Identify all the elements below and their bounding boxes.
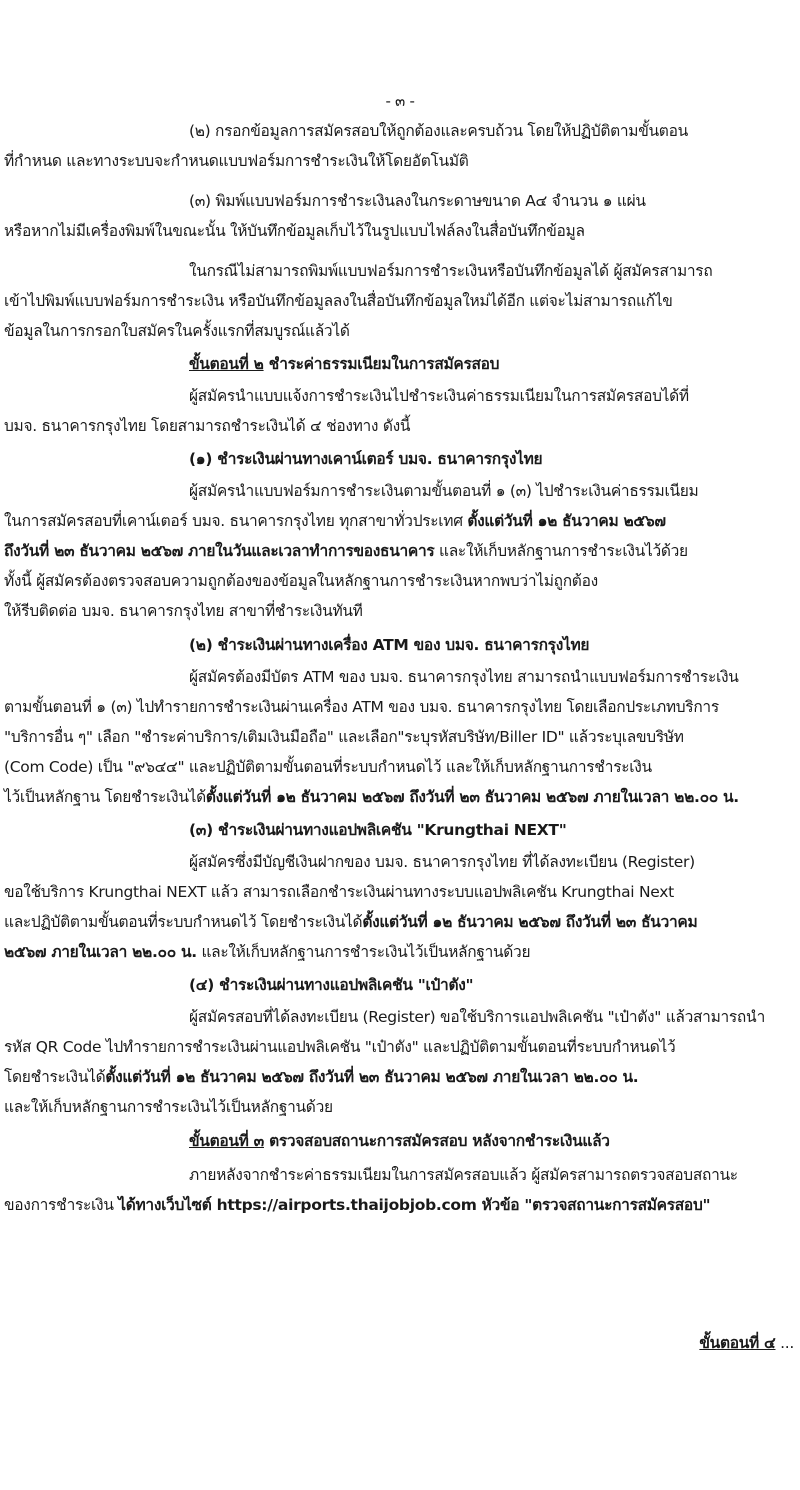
bold-text: (๑) ชำระเงินผ่านทางเคาน์เตอร์ บมจ. ธนาคา… — [189, 450, 542, 468]
text: (๒) กรอกข้อมูลการสมัครสอบให้ถูกต้องและคร… — [189, 122, 688, 140]
text-line: ภายหลังจากชำระค่าธรรมเนียมในการสมัครสอบแ… — [0, 1160, 800, 1190]
text-line: ผู้สมัครสอบที่ได้ลงทะเบียน (Register) ขอ… — [0, 1002, 800, 1032]
bold-text: ถึงวันที่ ๒๓ ธันวาคม ๒๕๖๗ ภายในวันและเวล… — [4, 542, 434, 560]
text: โดยชำระเงินได้ — [4, 1068, 105, 1086]
text-line: (๓) ชำระเงินผ่านทางแอปพลิเคชัน "Krungtha… — [0, 815, 800, 845]
text-line: เข้าไปพิมพ์แบบฟอร์มการชำระเงิน หรือบันทึ… — [0, 286, 800, 316]
text: และปฏิบัติตามขั้นตอนที่ระบบกำหนดไว้ โดยช… — [4, 913, 362, 931]
bold-text: (๒) ชำระเงินผ่านทางเครื่อง ATM ของ บมจ. … — [189, 636, 589, 654]
text-line: ข้อมูลในการกรอกใบสมัครในครั้งแรกที่สมบูร… — [0, 316, 800, 346]
bold-text: ได้ทางเว็บไซต์ https://airports.thaijobj… — [118, 1196, 710, 1214]
text: ไว้เป็นหลักฐาน โดยชำระเงินได้ — [4, 788, 206, 806]
section-heading-label: ขั้นตอนที่ ๒ — [189, 355, 264, 373]
text: หรือหากไม่มีเครื่องพิมพ์ในขณะนั้น ให้บัน… — [4, 222, 585, 240]
bold-text: ตั้งแต่วันที่ ๑๒ ธันวาคม ๒๕๖๗ ถึงวันที่ … — [362, 913, 697, 931]
page-number: - ๓ - — [0, 86, 800, 116]
text: "บริการอื่น ๆ" เลือก "ชำระค่าบริการ/เติม… — [4, 728, 684, 746]
next-step-label: ขั้นตอนที่ ๔ — [699, 1334, 775, 1352]
text-line: ให้รีบติดต่อ บมจ. ธนาคารกรุงไทย สาขาที่ช… — [0, 596, 800, 626]
text: ผู้สมัครนำแบบฟอร์มการชำระเงินตามขั้นตอนท… — [189, 482, 698, 500]
text-line: ตามขั้นตอนที่ ๑ (๓) ไปทำรายการชำระเงินผ่… — [0, 692, 800, 722]
text-line: ผู้สมัครนำแบบฟอร์มการชำระเงินตามขั้นตอนท… — [0, 476, 800, 506]
text: บมจ. ธนาคารกรุงไทย โดยสามารถชำระเงินได้ … — [4, 417, 410, 435]
text-line: (๔) ชำระเงินผ่านทางแอปพลิเคชัน "เป๋าตัง" — [0, 970, 800, 1000]
text-line: (๓) พิมพ์แบบฟอร์มการชำระเงินลงในกระดาษขน… — [0, 186, 800, 216]
text-line: ไว้เป็นหลักฐาน โดยชำระเงินได้ตั้งแต่วันท… — [0, 782, 800, 812]
text: และให้เก็บหลักฐานการชำระเงินไว้เป็นหลักฐ… — [4, 1098, 333, 1116]
section-heading-label: ขั้นตอนที่ ๓ — [189, 1132, 264, 1150]
text: ผู้สมัครสอบที่ได้ลงทะเบียน (Register) ขอ… — [189, 1008, 765, 1026]
text-line: ในกรณีไม่สามารถพิมพ์แบบฟอร์มการชำระเงินห… — [0, 256, 800, 286]
bold-text: ตั้งแต่วันที่ ๑๒ ธันวาคม ๒๕๖๗ ถึงวันที่ … — [206, 788, 739, 806]
text: ในกรณีไม่สามารถพิมพ์แบบฟอร์มการชำระเงินห… — [189, 262, 712, 280]
text-line: ผู้สมัครนำแบบแจ้งการชำระเงินไปชำระเงินค่… — [0, 381, 800, 411]
text-line: ขั้นตอนที่ ๓ ตรวจสอบสถานะการสมัครสอบ หลั… — [0, 1126, 800, 1156]
text-line: ขอใช้บริการ Krungthai NEXT แล้ว สามารถเล… — [0, 877, 800, 907]
bold-text: ชำระค่าธรรมเนียมในการสมัครสอบ — [264, 355, 500, 373]
text: ให้รีบติดต่อ บมจ. ธนาคารกรุงไทย สาขาที่ช… — [4, 602, 363, 620]
text: ข้อมูลในการกรอกใบสมัครในครั้งแรกที่สมบูร… — [4, 322, 350, 340]
text: ของการชำระเงิน — [4, 1196, 118, 1214]
text-line: ของการชำระเงิน ได้ทางเว็บไซต์ https://ai… — [0, 1190, 800, 1220]
text: ในการสมัครสอบที่เคาน์เตอร์ บมจ. ธนาคารกร… — [4, 512, 467, 530]
text: (๓) พิมพ์แบบฟอร์มการชำระเงินลงในกระดาษขน… — [189, 192, 646, 210]
text-line: และให้เก็บหลักฐานการชำระเงินไว้เป็นหลักฐ… — [0, 1092, 800, 1122]
text-line: และปฏิบัติตามขั้นตอนที่ระบบกำหนดไว้ โดยช… — [0, 907, 800, 937]
text: เข้าไปพิมพ์แบบฟอร์มการชำระเงิน หรือบันทึ… — [4, 292, 673, 310]
text-line: ที่กำหนด และทางระบบจะกำหนดแบบฟอร์มการชำร… — [0, 146, 800, 176]
text: ขอใช้บริการ Krungthai NEXT แล้ว สามารถเล… — [4, 883, 674, 901]
text-line: (๒) ชำระเงินผ่านทางเครื่อง ATM ของ บมจ. … — [0, 630, 800, 660]
text-line: (๒) กรอกข้อมูลการสมัครสอบให้ถูกต้องและคร… — [0, 116, 800, 146]
text-line: ผู้สมัครต้องมีบัตร ATM ของ บมจ. ธนาคารกร… — [0, 662, 800, 692]
text: ภายหลังจากชำระค่าธรรมเนียมในการสมัครสอบแ… — [189, 1166, 738, 1184]
continuation-footer: ขั้นตอนที่ ๔ ... — [699, 1328, 794, 1358]
text-line: รหัส QR Code ไปทำรายการชำระเงินผ่านแอปพล… — [0, 1032, 800, 1062]
bold-text: ตรวจสอบสถานะการสมัครสอบ หลังจากชำระเงินแ… — [264, 1132, 610, 1150]
text-line: ๒๕๖๗ ภายในเวลา ๒๒.๐๐ น. และให้เก็บหลักฐา… — [0, 937, 800, 967]
text: ผู้สมัครนำแบบแจ้งการชำระเงินไปชำระเงินค่… — [189, 387, 689, 405]
bold-text: ตั้งแต่วันที่ ๑๒ ธันวาคม ๒๕๖๗ — [467, 512, 665, 530]
text-line: "บริการอื่น ๆ" เลือก "ชำระค่าบริการ/เติม… — [0, 722, 800, 752]
text-line: ขั้นตอนที่ ๒ ชำระค่าธรรมเนียมในการสมัครส… — [0, 349, 800, 379]
text-line: บมจ. ธนาคารกรุงไทย โดยสามารถชำระเงินได้ … — [0, 411, 800, 441]
text: ตามขั้นตอนที่ ๑ (๓) ไปทำรายการชำระเงินผ่… — [4, 698, 719, 716]
text-line: ผู้สมัครซึ่งมีบัญชีเงินฝากของ บมจ. ธนาคา… — [0, 847, 800, 877]
text: ทั้งนี้ ผู้สมัครต้องตรวจสอบความถูกต้องขอ… — [4, 572, 598, 590]
text: (Com Code) เป็น "๙๖๔๔" และปฏิบัติตามขั้น… — [4, 758, 652, 776]
document-page: - ๓ - (๒) กรอกข้อมูลการสมัครสอบให้ถูกต้อ… — [0, 0, 800, 1490]
bold-text: (๔) ชำระเงินผ่านทางแอปพลิเคชัน "เป๋าตัง" — [189, 976, 473, 994]
text: ผู้สมัครต้องมีบัตร ATM ของ บมจ. ธนาคารกร… — [189, 668, 739, 686]
text-line: หรือหากไม่มีเครื่องพิมพ์ในขณะนั้น ให้บัน… — [0, 216, 800, 246]
text: ที่กำหนด และทางระบบจะกำหนดแบบฟอร์มการชำร… — [4, 152, 469, 170]
text-line: ถึงวันที่ ๒๓ ธันวาคม ๒๕๖๗ ภายในวันและเวล… — [0, 536, 800, 566]
text-line: ทั้งนี้ ผู้สมัครต้องตรวจสอบความถูกต้องขอ… — [0, 566, 800, 596]
ellipsis: ... — [775, 1334, 794, 1352]
text: และให้เก็บหลักฐานการชำระเงินไว้เป็นหลักฐ… — [197, 943, 530, 961]
text-line: โดยชำระเงินได้ตั้งแต่วันที่ ๑๒ ธันวาคม ๒… — [0, 1062, 800, 1092]
text: รหัส QR Code ไปทำรายการชำระเงินผ่านแอปพล… — [4, 1038, 675, 1056]
text-line: (Com Code) เป็น "๙๖๔๔" และปฏิบัติตามขั้น… — [0, 752, 800, 782]
bold-text: ตั้งแต่วันที่ ๑๒ ธันวาคม ๒๕๖๗ ถึงวันที่ … — [105, 1068, 638, 1086]
bold-text: ๒๕๖๗ ภายในเวลา ๒๒.๐๐ น. — [4, 943, 197, 961]
text: และให้เก็บหลักฐานการชำระเงินไว้ด้วย — [434, 542, 687, 560]
text-line: ในการสมัครสอบที่เคาน์เตอร์ บมจ. ธนาคารกร… — [0, 506, 800, 536]
bold-text: (๓) ชำระเงินผ่านทางแอปพลิเคชัน "Krungtha… — [189, 821, 566, 839]
text: ผู้สมัครซึ่งมีบัญชีเงินฝากของ บมจ. ธนาคา… — [189, 853, 695, 871]
text-line: (๑) ชำระเงินผ่านทางเคาน์เตอร์ บมจ. ธนาคา… — [0, 444, 800, 474]
